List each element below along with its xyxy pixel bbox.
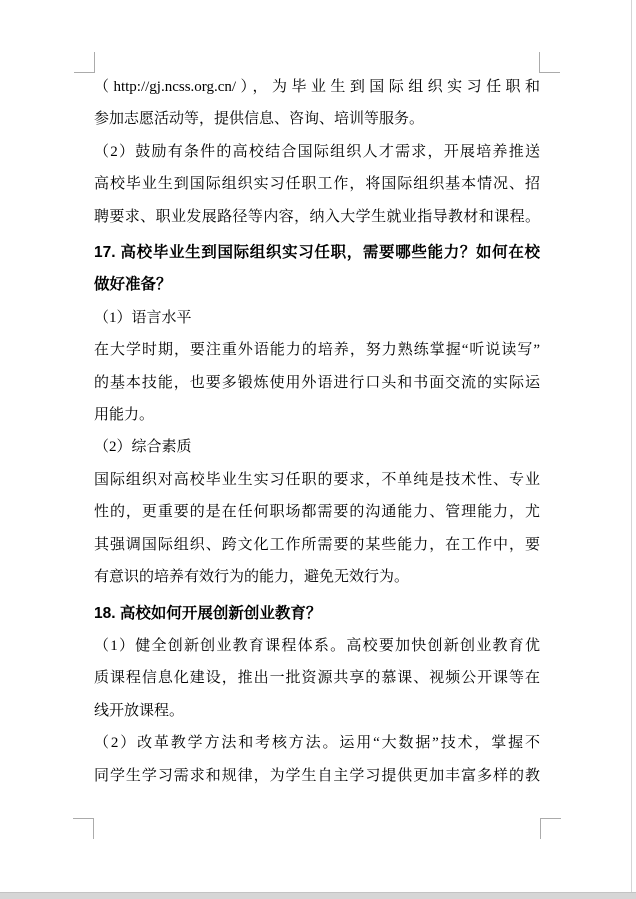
text-line[interactable]: 质课程信息化建设，推出一批资源共享的慕课、视频公开课等在: [94, 662, 540, 694]
text-area[interactable]: （http://gj.ncss.org.cn/），为毕业生到国际组织实习任职和 …: [94, 71, 540, 792]
text-line[interactable]: 有意识的培养有效行为的能力，避免无效行为。: [94, 561, 540, 593]
text-line[interactable]: 用能力。: [94, 399, 540, 431]
text-line[interactable]: 的基本技能，也要多锻炼使用外语进行口头和书面交流的实际运: [94, 367, 540, 399]
page-right-edge: [631, 0, 632, 892]
text-line[interactable]: （2）鼓励有条件的高校结合国际组织人才需求，开展培养推送: [94, 136, 540, 168]
crop-mark-top-right: [539, 52, 560, 73]
text-line[interactable]: （http://gj.ncss.org.cn/），为毕业生到国际组织实习任职和: [94, 71, 540, 103]
text-line[interactable]: （2）改革教学方法和考核方法。运用“大数据”技术，掌握不: [94, 727, 540, 759]
page-bottom-edge: [0, 892, 636, 899]
text-line[interactable]: 线开放课程。: [94, 695, 540, 727]
question-17-heading[interactable]: 17. 高校毕业生到国际组织实习任职，需要哪些能力？如何在校: [94, 237, 540, 269]
document-page[interactable]: （http://gj.ncss.org.cn/），为毕业生到国际组织实习任职和 …: [0, 0, 636, 899]
text-line[interactable]: 同学生学习需求和规律，为学生自主学习提供更加丰富多样的教: [94, 760, 540, 792]
text-line[interactable]: 其强调国际组织、跨文化工作所需要的某些能力，在工作中，要: [94, 529, 540, 561]
text-line[interactable]: 高校毕业生到国际组织实习任职工作，将国际组织基本情况、招: [94, 168, 540, 200]
subheading-language-level[interactable]: （1）语言水平: [94, 302, 540, 334]
crop-mark-bottom-right: [540, 818, 561, 839]
crop-mark-bottom-left: [73, 818, 94, 839]
question-17-heading-continued[interactable]: 做好准备？: [94, 269, 540, 301]
text-line[interactable]: 国际组织对高校毕业生实习任职的要求，不单纯是技术性、专业: [94, 464, 540, 496]
text-line[interactable]: （1）健全创新创业教育课程体系。高校要加快创新创业教育优: [94, 630, 540, 662]
text-line[interactable]: 参加志愿活动等，提供信息、咨询、培训等服务。: [94, 103, 540, 135]
question-18-heading[interactable]: 18. 高校如何开展创新创业教育？: [94, 598, 540, 630]
subheading-comprehensive-quality[interactable]: （2）综合素质: [94, 431, 540, 463]
text-line[interactable]: 在大学时期，要注重外语能力的培养，努力熟练掌握“听说读写”: [94, 334, 540, 366]
text-line[interactable]: 聘要求、职业发展路径等内容，纳入大学生就业指导教材和课程。: [94, 201, 540, 233]
crop-mark-top-left: [74, 52, 95, 73]
text-line[interactable]: 性的，更重要的是在任何职场都需要的沟通能力、管理能力，尤: [94, 496, 540, 528]
